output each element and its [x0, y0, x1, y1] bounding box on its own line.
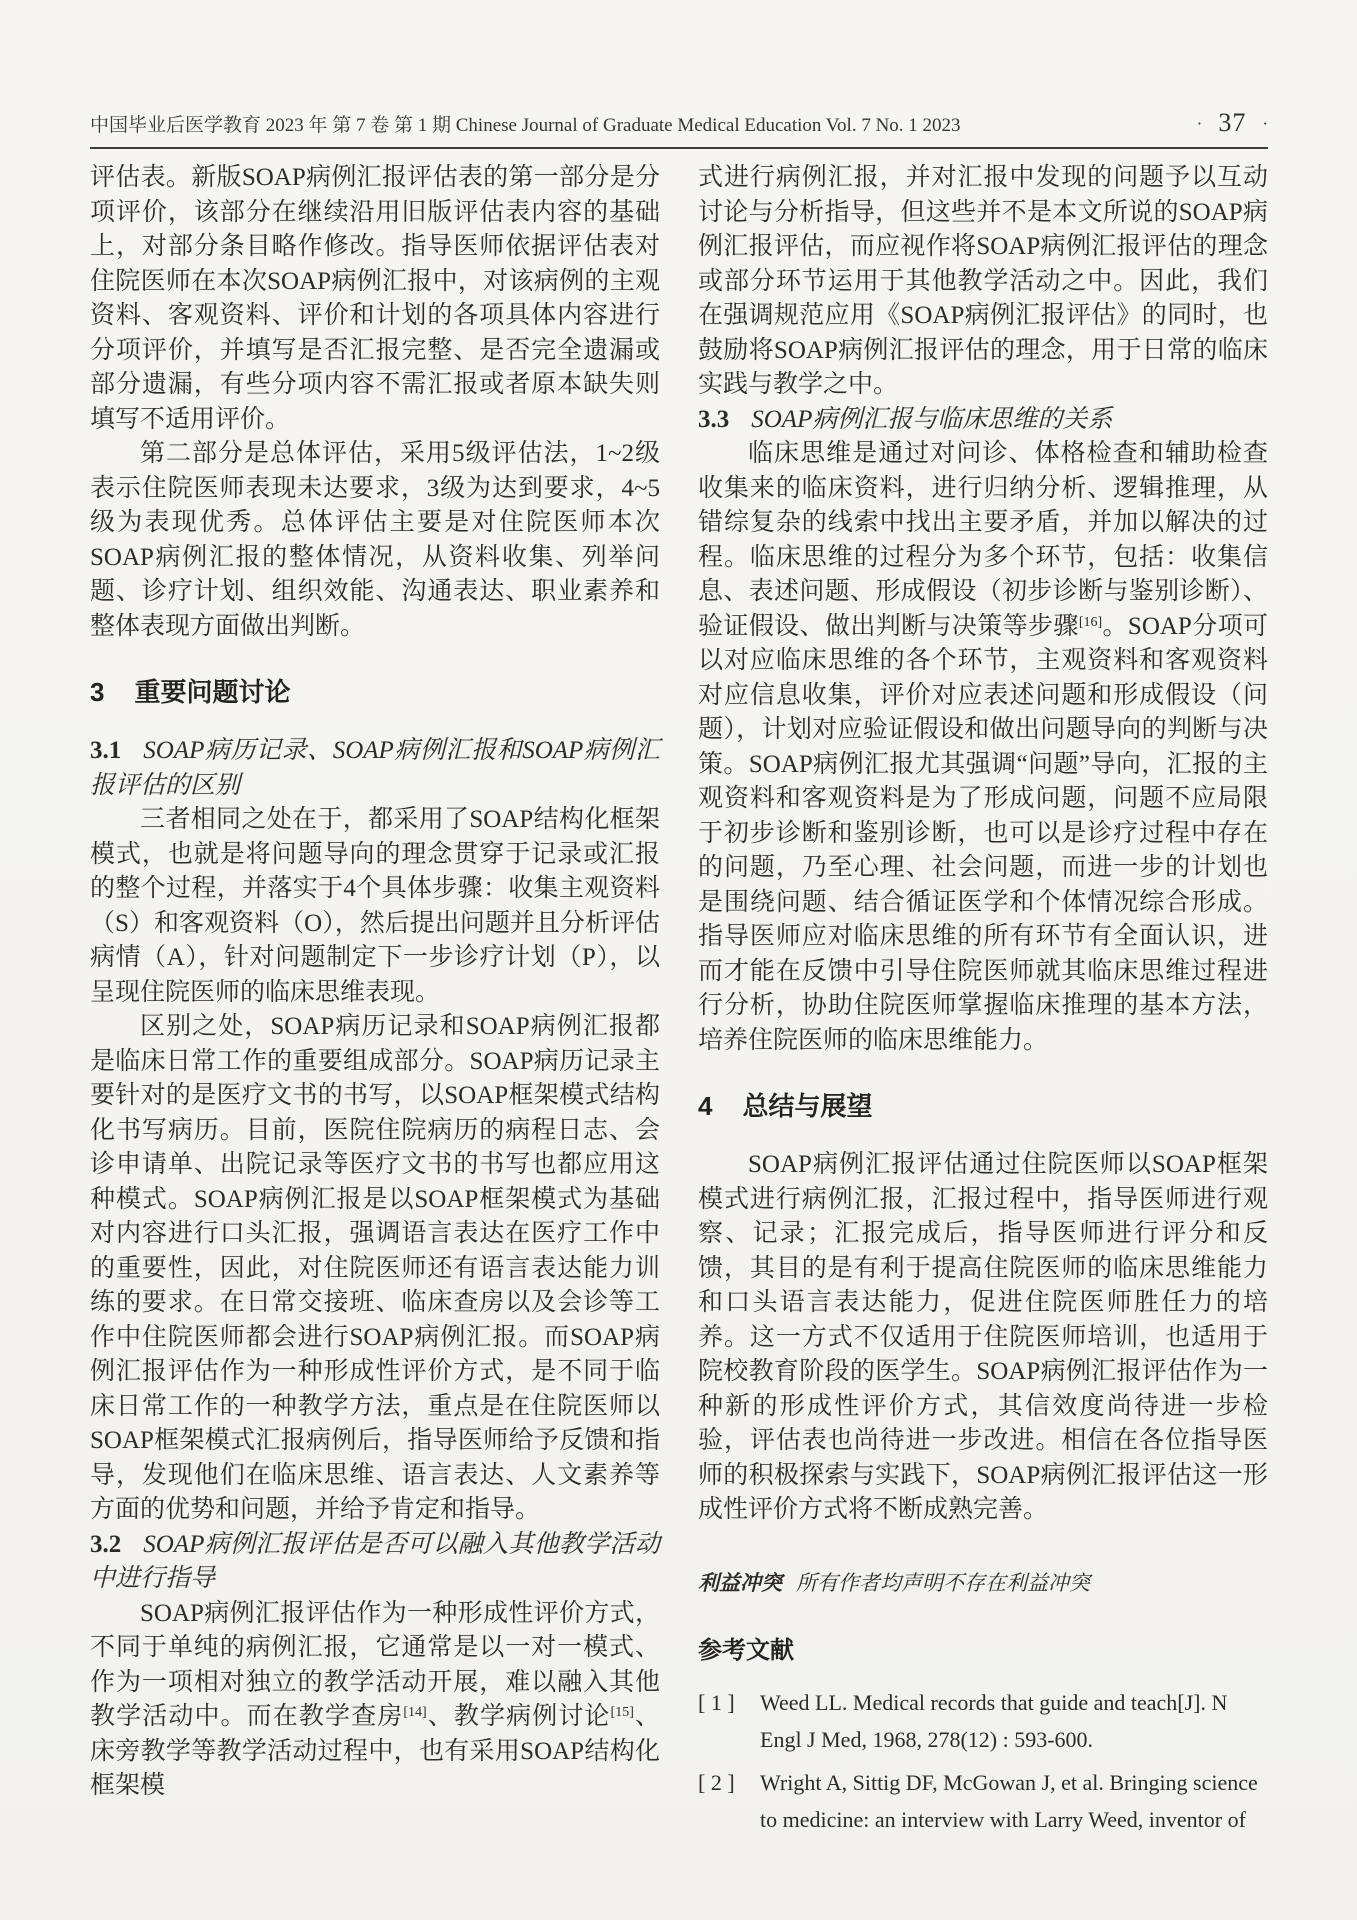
- reference-number: [ 1 ]: [698, 1684, 735, 1721]
- body-paragraph: SOAP病例汇报评估作为一种形成性评价方式，不同于单纯的病例汇报，它通常是以一对…: [90, 1597, 660, 1804]
- body-paragraph: 第二部分是总体评估，采用5级评估法，1~2级表示住院医师表现未达要求，3级为达到…: [90, 437, 660, 644]
- subsection-number: 3.2: [90, 1531, 121, 1558]
- reference-item: [ 2 ]Wright A, Sittig DF, McGowan J, et …: [698, 1764, 1268, 1838]
- page-number-dot-left: ·: [1197, 114, 1203, 133]
- section-heading: 4总结与展望: [698, 1088, 1268, 1124]
- running-header: 中国毕业后医学教育 2023 年 第 7 卷 第 1 期 Chinese Jou…: [90, 108, 1268, 138]
- subsection-number: 3.1: [90, 737, 121, 764]
- references-heading: 参考文献: [698, 1634, 1268, 1669]
- article-body: 评估表。新版SOAP病例汇报评估表的第一部分是分项评价，该部分在继续沿用旧版评估…: [90, 161, 1268, 1838]
- reference-text: Wright A, Sittig DF, McGowan J, et al. B…: [760, 1770, 1258, 1832]
- page-number-value: 37: [1218, 108, 1246, 137]
- section-heading: 3重要问题讨论: [90, 674, 660, 710]
- reference-item: [ 1 ]Weed LL. Medical records that guide…: [698, 1684, 1268, 1758]
- body-paragraph: 区别之处，SOAP病历记录和SOAP病例汇报都是临床日常工作的重要组成部分。SO…: [90, 1010, 660, 1528]
- subsection-title: SOAP病例汇报与临床思维的关系: [751, 406, 1112, 433]
- subsection-heading: 3.3SOAP病例汇报与临床思维的关系: [698, 403, 1268, 438]
- page-number-dot-right: ·: [1262, 114, 1268, 133]
- body-paragraph: 三者相同之处在于，都采用了SOAP结构化框架模式，也就是将问题导向的理念贯穿于记…: [90, 803, 660, 1010]
- subsection-title: SOAP病例汇报评估是否可以融入其他教学活动中进行指导: [90, 1531, 660, 1593]
- section-title: 总结与展望: [742, 1091, 872, 1121]
- body-paragraph: 临床思维是通过对问诊、体格检查和辅助检查收集来的临床资料，进行归纳分析、逻辑推理…: [698, 437, 1268, 1058]
- body-paragraph: SOAP病例汇报评估通过住院医师以SOAP框架模式进行病例汇报，汇报过程中，指导…: [698, 1148, 1268, 1528]
- reference-text: Weed LL. Medical records that guide and …: [760, 1690, 1227, 1752]
- reference-number: [ 2 ]: [698, 1764, 735, 1801]
- section-number: 3: [90, 677, 104, 707]
- conflict-of-interest-text: 所有作者均声明不存在利益冲突: [796, 1571, 1090, 1595]
- journal-page: 中国毕业后医学教育 2023 年 第 7 卷 第 1 期 Chinese Jou…: [0, 0, 1357, 1920]
- left-column: 评估表。新版SOAP病例汇报评估表的第一部分是分项评价，该部分在继续沿用旧版评估…: [90, 161, 660, 1838]
- subsection-heading: 3.2SOAP病例汇报评估是否可以融入其他教学活动中进行指导: [90, 1528, 660, 1597]
- conflict-of-interest-label: 利益冲突: [698, 1571, 782, 1595]
- citation-marker: [16]: [1079, 615, 1102, 630]
- section-number: 4: [698, 1091, 712, 1121]
- journal-title-line: 中国毕业后医学教育 2023 年 第 7 卷 第 1 期 Chinese Jou…: [90, 110, 961, 137]
- subsection-number: 3.3: [698, 406, 729, 433]
- conflict-of-interest-note: 利益冲突所有作者均声明不存在利益冲突: [698, 1568, 1268, 1598]
- citation-marker: [15]: [611, 1705, 634, 1720]
- section-title: 重要问题讨论: [134, 677, 290, 707]
- page-number: ·37·: [1197, 108, 1268, 138]
- citation-marker: [14]: [403, 1705, 426, 1720]
- subsection-title: SOAP病历记录、SOAP病例汇报和SOAP病例汇报评估的区别: [90, 737, 660, 799]
- subsection-heading: 3.1SOAP病历记录、SOAP病例汇报和SOAP病例汇报评估的区别: [90, 734, 660, 803]
- header-rule: [90, 147, 1268, 149]
- body-paragraph: 评估表。新版SOAP病例汇报评估表的第一部分是分项评价，该部分在继续沿用旧版评估…: [90, 161, 660, 437]
- body-paragraph: 式进行病例汇报，并对汇报中发现的问题予以互动讨论与分析指导，但这些并不是本文所说…: [698, 161, 1268, 403]
- right-column: 式进行病例汇报，并对汇报中发现的问题予以互动讨论与分析指导，但这些并不是本文所说…: [698, 161, 1268, 1838]
